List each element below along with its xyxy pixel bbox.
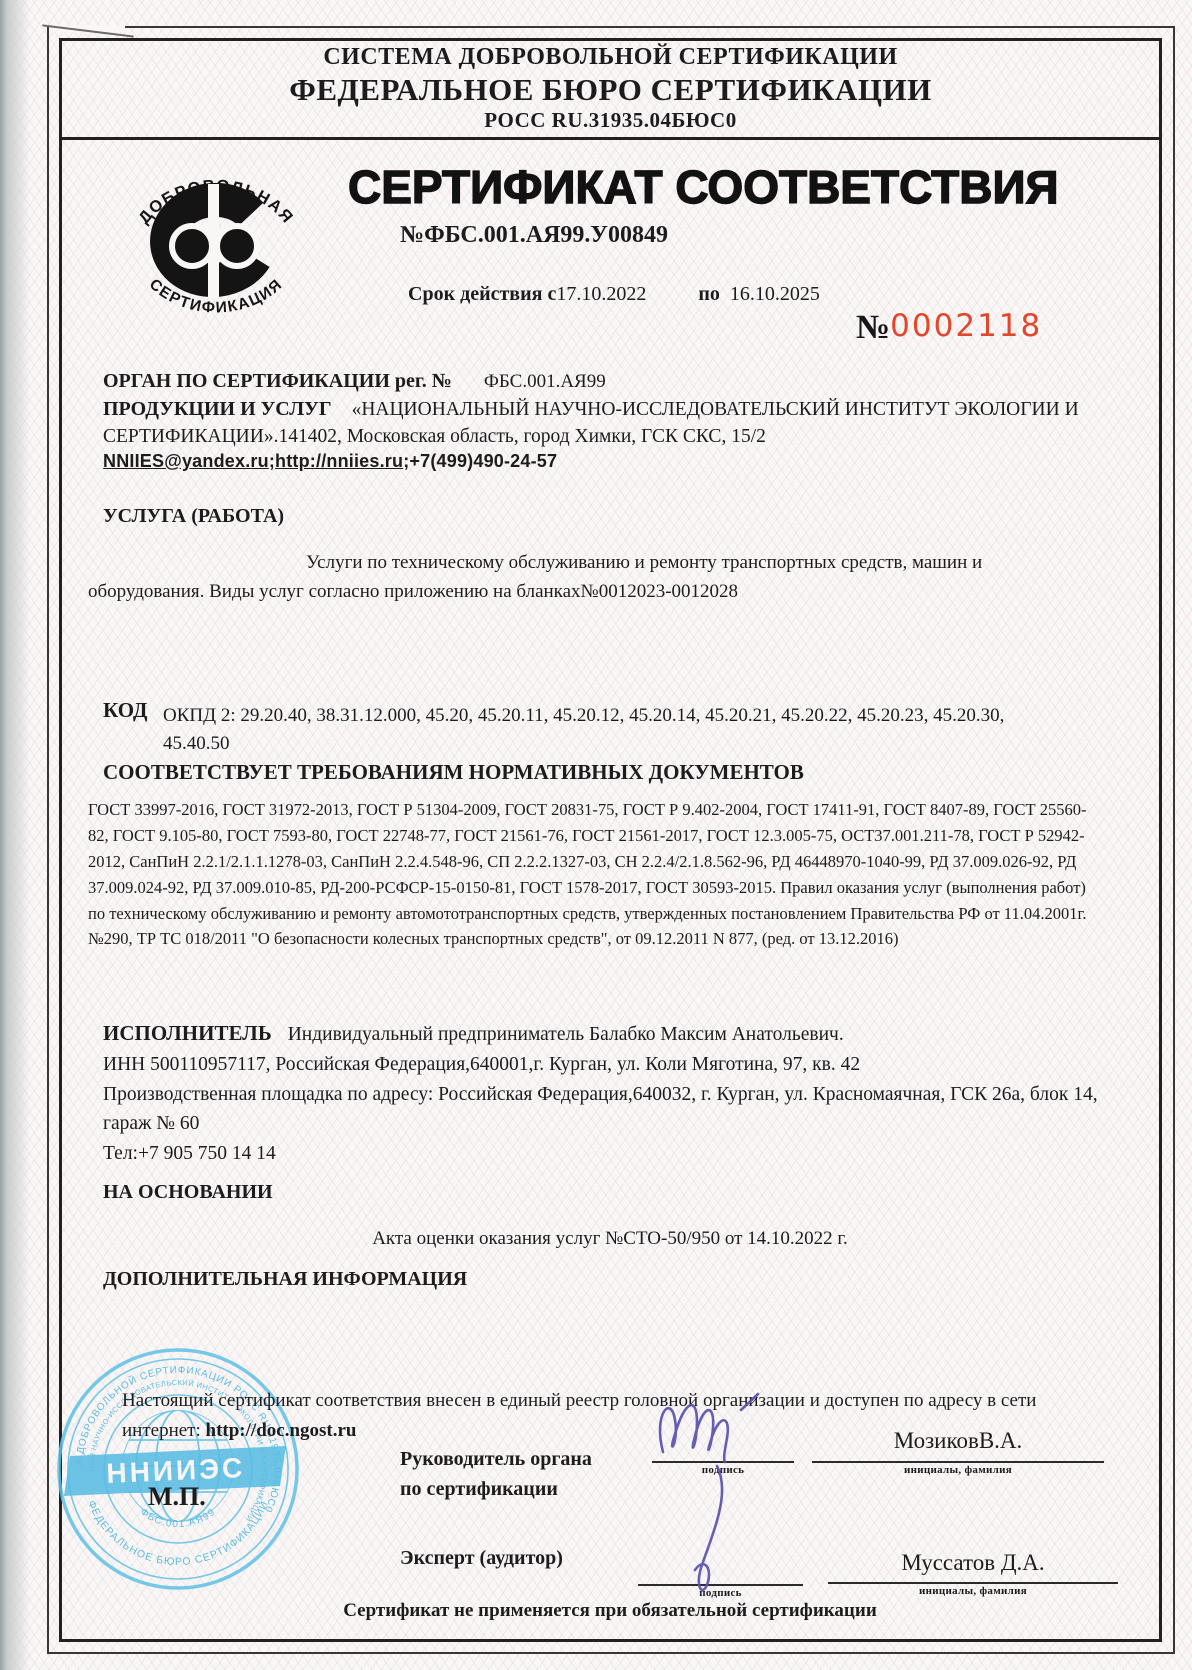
header-bureau-line: ФЕДЕРАЛЬНОЕ БЮРО СЕРТИФИКАЦИИ	[62, 72, 1159, 108]
code-value: ОКПД 2: 29.20.40, 38.31.12.000, 45.20, 4…	[163, 702, 1063, 757]
executor-name: Индивидуальный предприниматель Балабко М…	[288, 1024, 844, 1045]
compliance-text: ГОСТ 33997-2016, ГОСТ 31972-2013, ГОСТ Р…	[88, 797, 1106, 952]
org-site: http://nniies.ru	[275, 451, 403, 471]
certificate-number: №ФБС.001.АЯ99.У00849	[400, 222, 668, 249]
registry-url: http://doc.ngost.ru	[206, 1420, 357, 1441]
registry-note: Настоящий сертификат соответствия внесен…	[122, 1386, 1074, 1447]
org-email: NNIIES@yandex.ru	[103, 451, 269, 471]
voluntary-certification-logo: ДОБРОВОЛЬНАЯ СЕРТИФИКАЦИЯ	[118, 152, 314, 324]
basis-text: Акта оценки оказания услуг №СТО-50/950 о…	[60, 1228, 1160, 1250]
code-label: КОД	[103, 698, 147, 723]
footer-note: Сертификат не применяется при обязательн…	[60, 1600, 1160, 1622]
validity-line: Срок действия с17.10.2022по 16.10.2025	[408, 283, 820, 306]
org-section-line1: ОРГАН ПО СЕРТИФИКАЦИИ рег. №ФБС.001.АЯ99	[103, 370, 606, 393]
expert-name-line	[828, 1582, 1118, 1584]
compliance-heading: СООТВЕТСТВУЕТ ТРЕБОВАНИЯМ НОРМАТИВНЫХ ДО…	[103, 760, 804, 785]
org-phone: ;+7(499)490-24-57	[403, 451, 557, 471]
executor-phone: Тел:+7 905 750 14 14	[103, 1139, 1123, 1169]
head-name-caption: инициалы, фамилия	[812, 1464, 1104, 1476]
validity-to-date: 16.10.2025	[730, 283, 820, 305]
basis-heading: НА ОСНОВАНИИ	[103, 1181, 273, 1204]
org-name-paragraph: ПРОДУКЦИИ И УСЛУГ«НАЦИОНАЛЬНЫЙ НАУЧНО-ИС…	[103, 396, 1119, 451]
executor-intro-line: ИСПОЛНИТЕЛЬИндивидуальный предпринимател…	[103, 1018, 1123, 1050]
org-label: ОРГАН ПО СЕРТИФИКАЦИИ рег. №	[103, 370, 452, 392]
form-number: №0002118	[856, 308, 1042, 347]
form-number-digits: 0002118	[890, 308, 1042, 344]
head-role: Руководитель органа по сертификации	[400, 1444, 592, 1504]
head-name-line	[812, 1461, 1104, 1463]
expert-name-caption: инициалы, фамилия	[828, 1585, 1118, 1597]
org-products-label: ПРОДУКЦИИ И УСЛУГ	[103, 398, 332, 420]
validity-to-label: по	[698, 283, 720, 305]
head-role-line1: Руководитель органа	[400, 1444, 592, 1474]
service-heading: УСЛУГА (РАБОТА)	[103, 505, 284, 528]
expert-name: Муссатов Д.А.	[828, 1550, 1118, 1576]
certificate-title: СЕРТИФИКАТ СООТВЕТСТВИЯ	[348, 160, 1108, 214]
org-contacts: NNIIES@yandex.ru;http://nniies.ru;+7(499…	[103, 451, 557, 472]
signature-scrawl	[645, 1372, 845, 1618]
expert-role: Эксперт (аудитор)	[400, 1547, 563, 1570]
org-reg-number: ФБС.001.АЯ99	[484, 371, 606, 392]
executor-section: ИСПОЛНИТЕЛЬИндивидуальный предпринимател…	[103, 1018, 1123, 1168]
executor-address-line: Производственная площадка по адресу: Рос…	[103, 1080, 1123, 1139]
certification-stamp: СИСТЕМА ДОБРОВОЛЬНОЙ СЕРТИФИКАЦИИ РОСС R…	[52, 1336, 304, 1602]
header-system-line: СИСТЕМА ДОБРОВОЛЬНОЙ СЕРТИФИКАЦИИ	[62, 44, 1159, 71]
executor-inn-line: ИНН 500110957117, Российская Федерация,6…	[103, 1050, 1123, 1080]
form-number-sign: №	[856, 309, 890, 346]
validity-from-label: Срок действия с	[408, 283, 556, 305]
validity-from-date: 17.10.2022	[556, 283, 646, 305]
scan-edge-shadow	[0, 0, 30, 1670]
logo-emblem	[163, 184, 265, 298]
service-text: Услуги по техническому обслуживанию и ре…	[88, 549, 1088, 606]
header-ross-line: РОСС RU.31935.04БЮС0	[62, 108, 1159, 133]
header-divider	[62, 137, 1159, 140]
head-role-line2: по сертификации	[400, 1474, 592, 1504]
additional-heading: ДОПОЛНИТЕЛЬНАЯ ИНФОРМАЦИЯ	[103, 1268, 467, 1291]
executor-label: ИСПОЛНИТЕЛЬ	[103, 1021, 272, 1045]
mp-mark: М.П.	[148, 1482, 206, 1512]
